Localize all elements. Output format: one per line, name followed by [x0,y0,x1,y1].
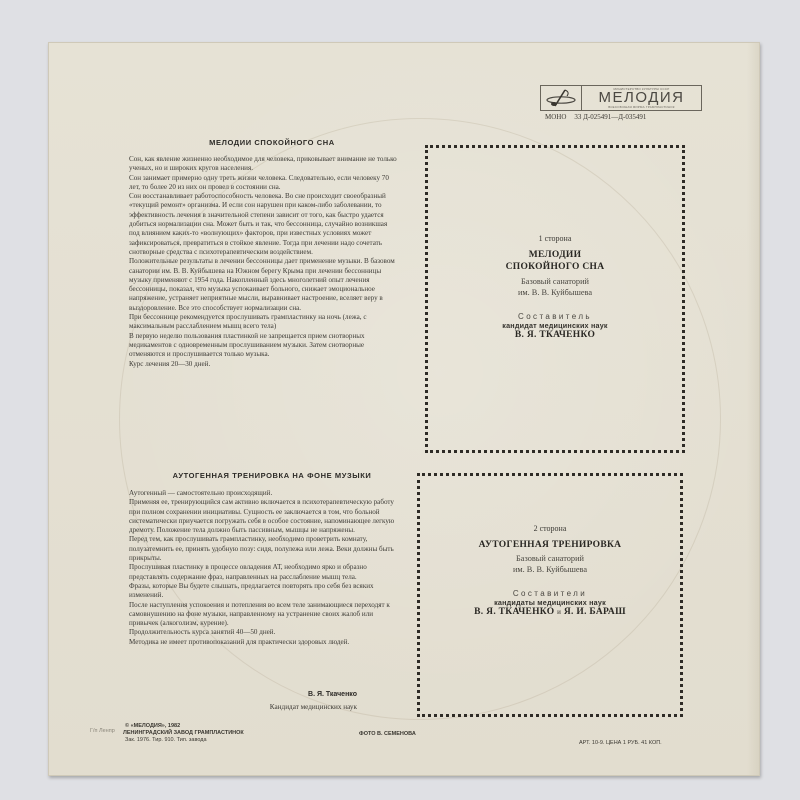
side2-compiler-name-1: В. Я. ТКАЧЕНКО [474,607,554,617]
section1-paragraph: В первую неделю пользования пластинкой н… [129,332,399,360]
footer-photo-credit: ФОТО В. СЕМЕНОВА [359,731,416,737]
catalog-code: 33 Д-025491—Д-035491 [574,113,646,121]
side2-compiler-degree: кандидаты медицинских наук [420,598,680,607]
side2-compiler-name-2: Я. И. БАРАШ [564,607,626,617]
side1-label-box: 1 сторона МЕЛОДИИ СПОКОЙНОГО СНА Базовый… [425,145,685,453]
catalog-mode: МОНО [545,113,566,121]
section1-paragraph: Сон восстанавливает работоспособность че… [129,192,399,257]
section1-paragraph: Курс лечения 20—30 дней. [129,360,399,369]
footer-price: АРТ. 10-9. ЦЕНА 1 РУБ. 41 КОП. [579,740,662,746]
record-sleeve-back: МИНИСТЕРСТВО КУЛЬТУРЫ СССР МЕЛОДИЯ ВСЕСО… [48,42,760,776]
section2-paragraph: После наступления успокоения и потеплени… [129,601,399,629]
side1-compiler-degree: кандидат медицинских наук [428,321,682,330]
section1-paragraph: Сон, как явление жизненно необходимое дл… [129,155,399,174]
side1-venue-line: им. В. В. Куйбышева [428,288,682,299]
side2-compiler-label: Составители [420,589,680,598]
side2-compiler-names: В. Я. ТКАЧЕНКО и Я. И. БАРАШ [420,607,680,617]
footer-order: Зак. 1976. Тир. 910. Тип. завода [125,737,207,743]
side1-compiler-name: В. Я. ТКАЧЕНКО [428,330,682,340]
signature-title: Кандидат медицинских наук [229,703,357,711]
section2-paragraph: Методика не имеет противопоказаний для п… [129,638,399,647]
section2-title: АУТОГЕННАЯ ТРЕНИРОВКА НА ФОНЕ МУЗЫКИ [137,471,407,480]
footer-plant: ЛЕНИНГРАДСКИЙ ЗАВОД ГРАМПЛАСТИНОК [123,730,244,736]
section2-paragraph: Применяя ее, тренирующийся сам активно в… [129,498,399,535]
side2-label-box: 2 сторона АУТОГЕННАЯ ТРЕНИРОВКА Базовый … [417,473,683,717]
side2-venue-line: Базовый санаторий [420,554,680,565]
melodiya-logo: МИНИСТЕРСТВО КУЛЬТУРЫ СССР МЕЛОДИЯ ВСЕСО… [540,85,702,111]
logo-brand-text: МЕЛОДИЯ [599,91,685,105]
section2-paragraph: Аутогенный — самостоятельно происходящий… [129,489,399,498]
side1-title-line: СПОКОЙНОГО СНА [428,261,682,273]
section1-paragraph: Сон занимает примерно одну треть жизни ч… [129,174,399,193]
section1-body: Сон, как явление жизненно необходимое дл… [129,155,399,369]
section2-body: Аутогенный — самостоятельно происходящий… [129,489,399,647]
side1-venue-line: Базовый санаторий [428,277,682,288]
signature-name: В. Я. Ткаченко [229,691,357,698]
melodiya-note-logo-icon [541,86,582,110]
sleeve-edge [747,43,759,775]
section2-paragraph: Фразы, которые Вы будете слышать, предла… [129,582,399,601]
footer-printer-prefix: Г/п Ленпр [90,728,115,734]
section1-paragraph: При бессоннице рекомендуется прослушиват… [129,313,399,332]
side1-label: 1 сторона [428,234,682,243]
side1-compiler-label: Составитель [428,312,682,321]
side2-compiler-and: и [557,608,561,616]
logo-company-text: ВСЕСОЮЗНАЯ ФИРМА ГРАМПЛАСТИНОК [608,105,675,109]
side2-label: 2 сторона [420,524,680,533]
section2-paragraph: Прослушивая пластинку в процессе овладен… [129,563,399,582]
catalog-number: МОНО33 Д-025491—Д-035491 [545,113,654,121]
footer-copyright: © «МЕЛОДИЯ», 1982 [125,723,180,729]
section1-title: МЕЛОДИИ СПОКОЙНОГО СНА [137,138,407,147]
section1-paragraph: Положительные результаты в лечении бессо… [129,257,399,313]
side2-title: АУТОГЕННАЯ ТРЕНИРОВКА [420,539,680,551]
side1-title-line: МЕЛОДИИ [428,249,682,261]
section2-paragraph: Перед тем, как прослушивать грампластинк… [129,535,399,563]
side2-venue-line: им. В. В. Куйбышева [420,565,680,576]
section2-paragraph: Продолжительность курса занятий 40—50 дн… [129,628,399,637]
